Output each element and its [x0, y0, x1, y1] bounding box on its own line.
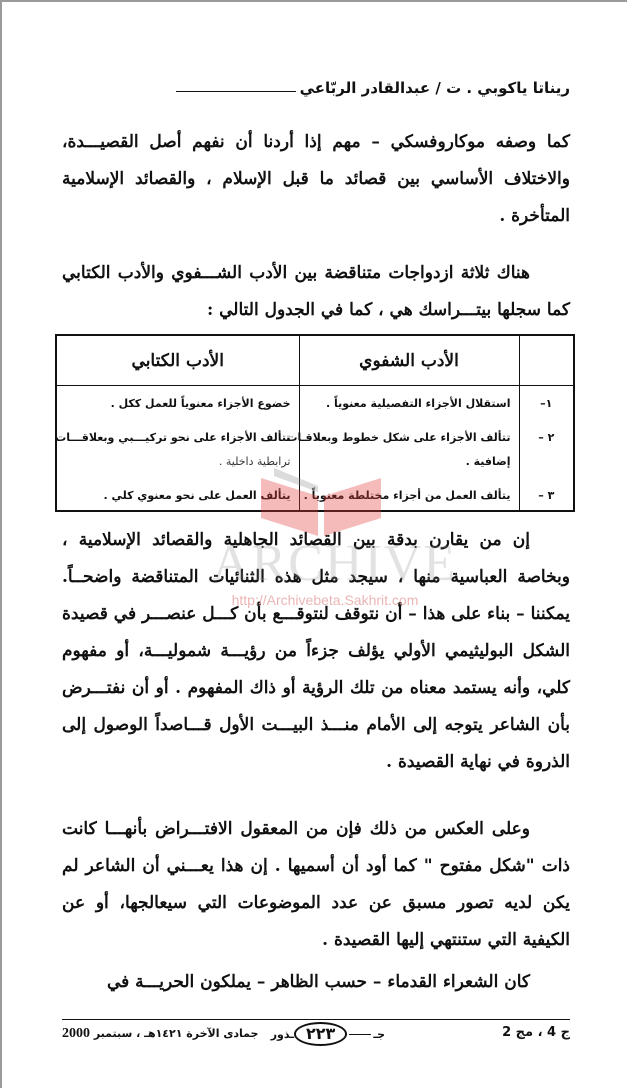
cell-text: تتألف الأجزاء على شكل خطوط وبعلاقـات [308, 426, 511, 450]
row-number-cell: ١– ٢ – ٣ – [519, 386, 574, 512]
paragraph-text: إن من يقارن بدقة بين القصائد الجاهلية وا… [62, 522, 570, 781]
running-header: ريناتا ياكوبي . ت / عبدالقادر الربّاعي [62, 76, 570, 100]
footer-rule [62, 1019, 570, 1020]
dash-rule [349, 1034, 371, 1035]
paragraph-5: كان الشعراء القدماء – حسب الظاهر – يملكو… [62, 964, 570, 1001]
header-written-literature: الأدب الكتابي [56, 335, 299, 386]
row-number: ١– [528, 392, 566, 416]
cell-text: استقلال الأجزاء التفصيلية معنوياً . [308, 392, 511, 416]
page-number-badge: جـ ٢٢٣ ـذور [271, 1022, 385, 1046]
publication-date: جمادى الآخرة ١٤٢١هـ ، سبتمبر 2000 [62, 1026, 258, 1042]
cell-text: خضوع الأجزاء معنوياً للعمل ككل . [65, 392, 291, 416]
written-cell: خضوع الأجزاء معنوياً للعمل ككل . تتألف ا… [56, 386, 299, 512]
table-row: ١– ٢ – ٣ – استقلال الأجزاء التفصيلية معن… [56, 386, 574, 512]
journal-suffix: ـذور [271, 1028, 294, 1041]
journal-prefix: جـ [373, 1028, 385, 1041]
paragraph-text: كان الشعراء القدماء – حسب الظاهر – يملكو… [62, 964, 570, 1001]
header-rule [176, 91, 296, 92]
paragraph-1: كما وصفه موكاروفسكي – مهم إذا أردنا أن ن… [62, 124, 570, 235]
cell-text: يتألف العمل على نحو معنوي كلي . [65, 484, 291, 508]
cell-text: يتألف العمل من أجزاء مختلطة معنوياً . [308, 484, 511, 508]
comparison-table: الأدب الشفوي الأدب الكتابي ١– ٢ – ٣ – اس… [55, 334, 575, 512]
header-num [519, 335, 574, 386]
running-title: ريناتا ياكوبي . ت / عبدالقادر الربّاعي [300, 79, 570, 97]
date-year: 2000 [62, 1026, 90, 1041]
page-number: ٢٢٣ [294, 1022, 347, 1046]
paragraph-text: هناك ثلاثة ازدواجات متناقضة بين الأدب ال… [62, 255, 570, 329]
oral-cell: استقلال الأجزاء التفصيلية معنوياً . تتأل… [299, 386, 519, 512]
paragraph-text: كما وصفه موكاروفسكي – مهم إذا أردنا أن ن… [62, 124, 570, 235]
header-oral-literature: الأدب الشفوي [299, 335, 519, 386]
paragraph-text: وعلى العكس من ذلك فإن من المعقول الافتــ… [62, 811, 570, 959]
paragraph-4: وعلى العكس من ذلك فإن من المعقول الافتــ… [62, 811, 570, 959]
date-hijri: جمادى الآخرة ١٤٢١هـ ، سبتمبر [94, 1027, 259, 1040]
cell-text: إضافية . [308, 450, 511, 474]
paragraph-3: إن من يقارن بدقة بين القصائد الجاهلية وا… [62, 522, 570, 781]
row-number: ٢ – [528, 426, 566, 450]
page-footer: ج 4 ، مج 2 جـ ٢٢٣ ـذور جمادى الآخرة ١٤٢١… [62, 1022, 570, 1048]
paragraph-2: هناك ثلاثة ازدواجات متناقضة بين الأدب ال… [62, 255, 570, 329]
row-number: ٣ – [528, 484, 566, 508]
issue-volume: ج 4 ، مج 2 [502, 1025, 570, 1040]
cell-text: ترابطية داخلية . [65, 450, 291, 474]
cell-text: تتألف الأجزاء على نحو تركيـــبي وبعلاقــ… [65, 426, 291, 450]
table-header-row: الأدب الشفوي الأدب الكتابي [56, 335, 574, 386]
